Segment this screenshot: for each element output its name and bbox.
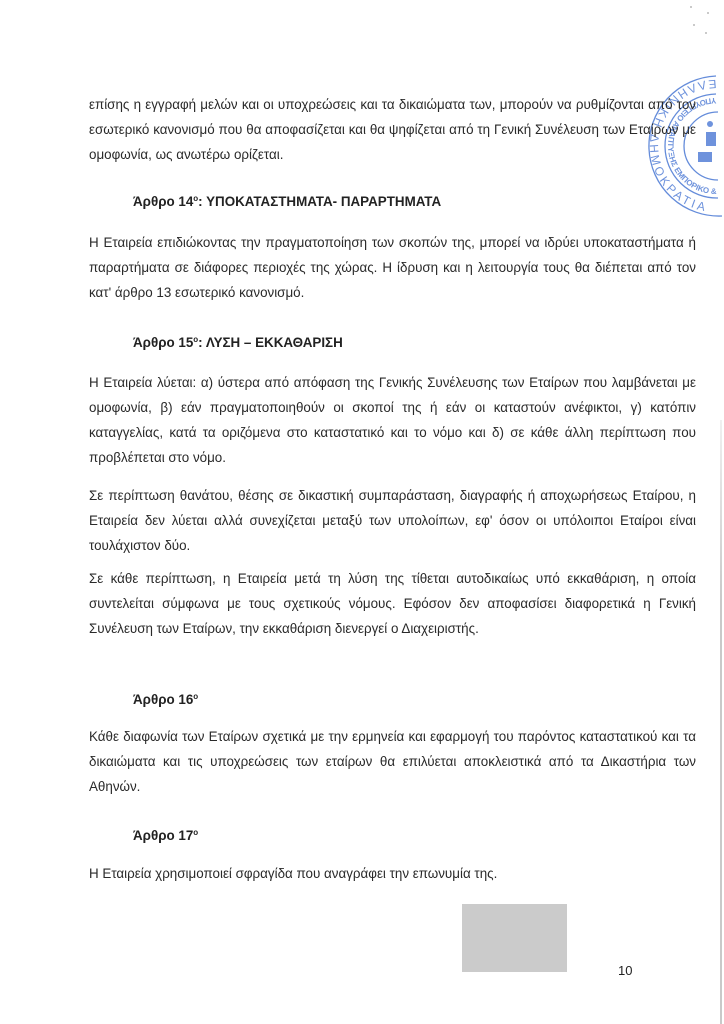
article-17-paragraph: Η Εταιρεία χρησιμοποιεί σφραγίδα που ανα… (89, 861, 696, 886)
article-15-paragraph-1: Η Εταιρεία λύεται: α) ύστερα από απόφαση… (89, 370, 696, 470)
redaction-box (462, 904, 567, 972)
article-16-paragraph: Κάθε διαφωνία των Εταίρων σχετικά με την… (89, 724, 696, 799)
article-15-paragraph-2: Σε περίπτωση θανάτου, θέσης σε δικαστική… (89, 483, 696, 558)
article-15-heading: Άρθρο 15ο: ΛΥΣΗ – ΕΚΚΑΘΑΡΙΣΗ (133, 330, 343, 353)
scan-speck (705, 32, 707, 34)
scan-speck (690, 6, 692, 8)
page-edge-shadow (720, 420, 722, 1024)
document-page: ΕΛΛΗΝΙΚΗ ΔΗΜΟΚΡΑΤΙΑ ΥΠΟΥΡΓΕΙΟ ΑΝΑΠΤΥΞΗΣ … (0, 0, 724, 1024)
article-17-heading: Άρθρο 17ο (133, 823, 198, 846)
article-15-paragraph-3: Σε κάθε περίπτωση, η Εταιρεία μετά τη λύ… (89, 566, 696, 641)
article-16-heading: Άρθρο 16ο (133, 687, 198, 710)
intro-paragraph: επίσης η εγγραφή μελών και οι υποχρεώσει… (89, 92, 696, 167)
page-number: 10 (618, 963, 632, 978)
article-14-heading: Άρθρο 14ο: ΥΠΟΚΑΤΑΣΤΗΜΑΤΑ- ΠΑΡΑΡΤΗΜΑΤΑ (133, 189, 441, 212)
scan-speck (707, 12, 709, 14)
article-14-paragraph: Η Εταιρεία επιδιώκοντας την πραγματοποίη… (89, 230, 696, 305)
scan-speck (693, 24, 695, 26)
